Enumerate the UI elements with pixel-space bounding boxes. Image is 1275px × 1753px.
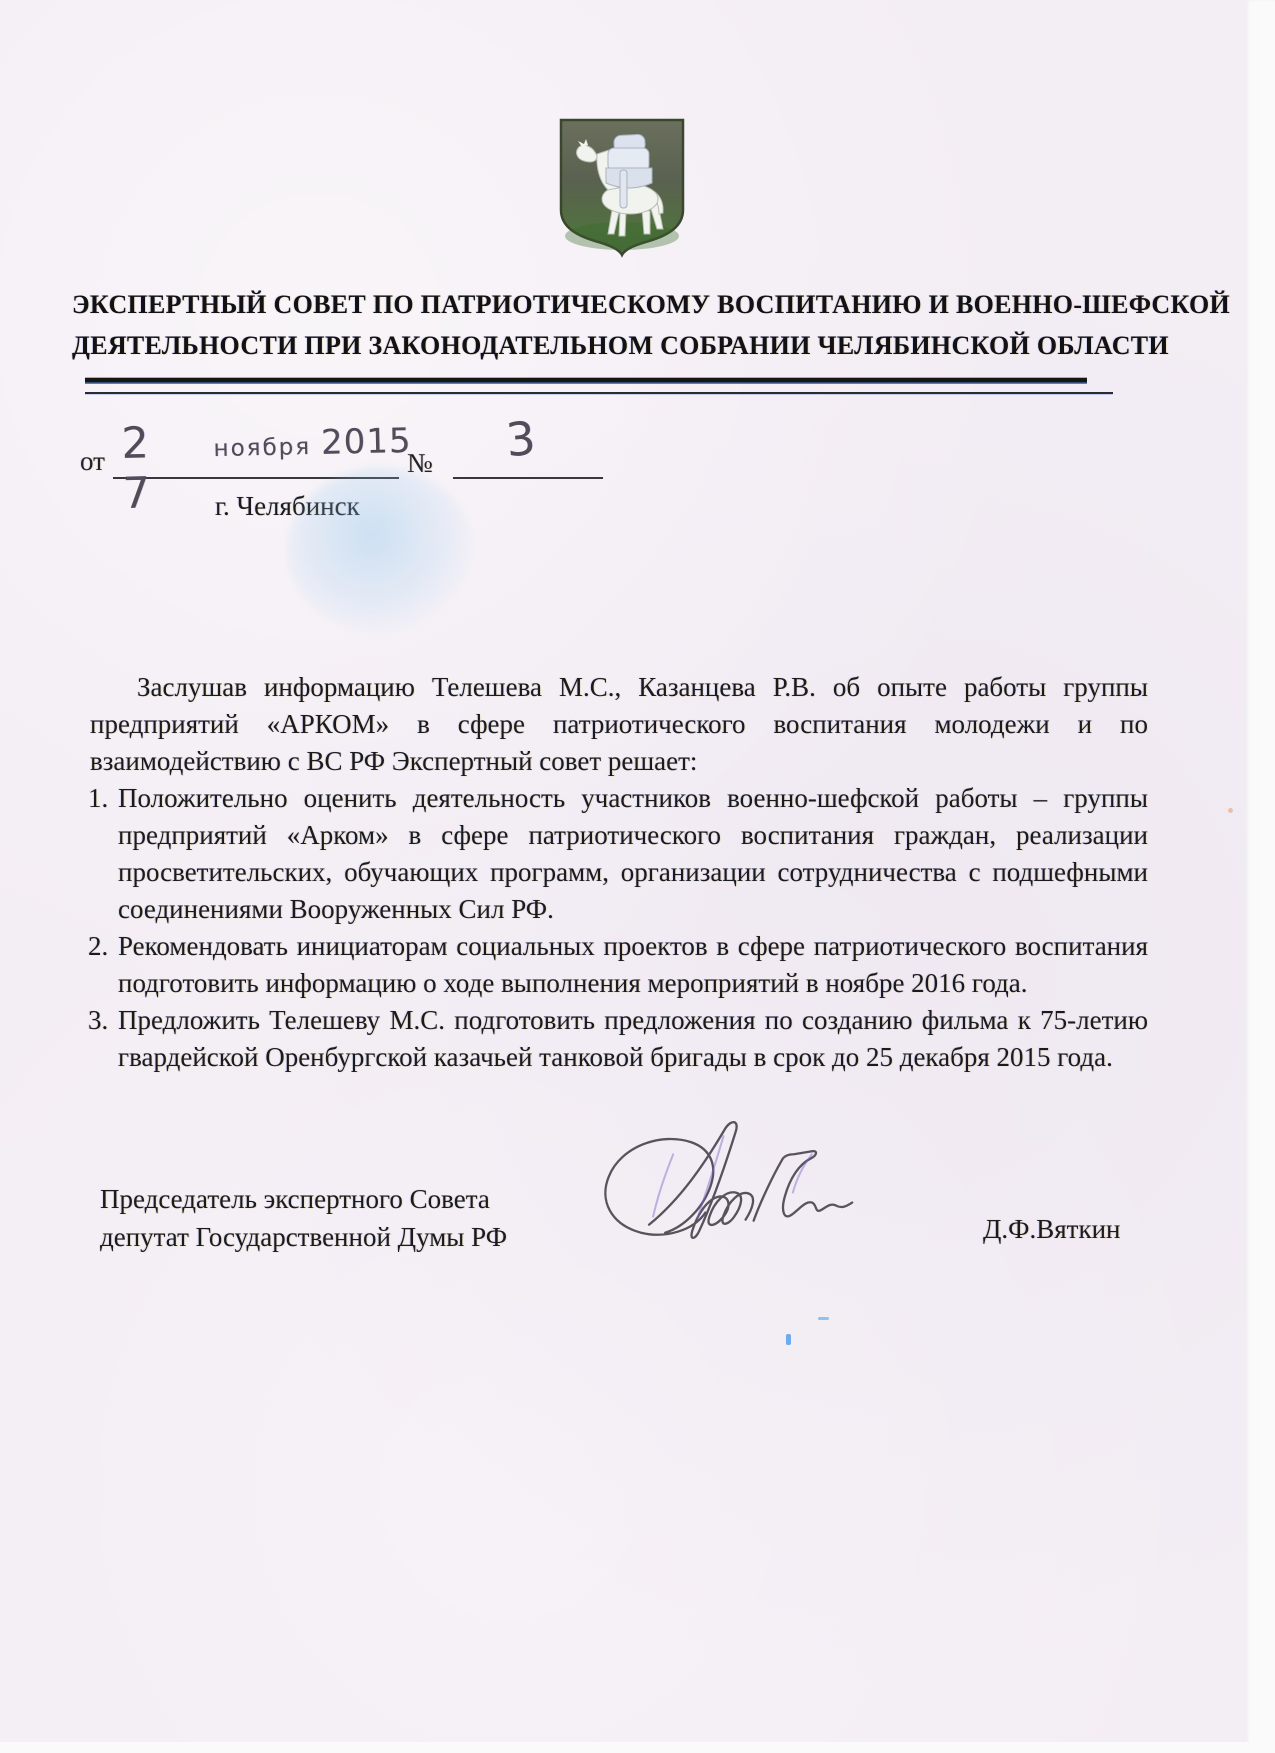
resolution-list: 1. Положительно оценить деятельность уча… (90, 780, 1148, 1076)
org-header-line1: ЭКСПЕРТНЫЙ СОВЕТ ПО ПАТРИОТИЧЕСКОМУ ВОСП… (72, 284, 1148, 325)
signatory-role: Председатель экспертного Совета депутат … (100, 1180, 507, 1256)
scan-edge-right (1246, 0, 1275, 1753)
blue-speck-small (818, 1317, 829, 1320)
signatory-role-line2: депутат Государственной Думы РФ (100, 1218, 507, 1256)
blue-speck (786, 1334, 791, 1345)
org-header: ЭКСПЕРТНЫЙ СОВЕТ ПО ПАТРИОТИЧЕСКОМУ ВОСП… (72, 284, 1148, 366)
handwritten-month: ноября (213, 434, 311, 462)
header-rule-thin (85, 392, 1113, 394)
list-item: 3. Предложить Телешеву М.С. подготовить … (90, 1002, 1148, 1076)
number-underline (453, 477, 603, 479)
header-rule-thick (85, 377, 1087, 384)
from-label: от (80, 446, 105, 477)
handwritten-number: 3 (504, 411, 538, 467)
list-item-number: 3. (88, 1002, 108, 1039)
list-item-text: Положительно оценить деятельность участн… (118, 780, 1148, 928)
orange-speck (1228, 808, 1233, 813)
list-item-number: 1. (88, 780, 108, 817)
org-header-line2: ДЕЯТЕЛЬНОСТИ ПРИ ЗАКОНОДАТЕЛЬНОМ СОБРАНИ… (72, 325, 1148, 366)
scan-edge-bottom (0, 1742, 1275, 1753)
handwritten-year: 2015 (321, 421, 412, 463)
signatory-name: Д.Ф.Вяткин (983, 1214, 1121, 1245)
list-item-text: Предложить Телешеву М.С. подготовить пре… (118, 1002, 1148, 1076)
signatory-role-line1: Председатель экспертного Совета (100, 1180, 507, 1218)
list-item-text: Рекомендовать инициаторам социальных про… (118, 928, 1148, 1002)
blue-ink-smudge (288, 468, 473, 633)
handwritten-signature (552, 1102, 900, 1288)
chelyabinsk-coat-of-arms-icon (556, 114, 688, 258)
intro-paragraph: Заслушав информацию Телешева М.С., Казан… (90, 669, 1148, 780)
list-item: 2. Рекомендовать инициаторам социальных … (90, 928, 1148, 1002)
scanned-letter-page: ЭКСПЕРТНЫЙ СОВЕТ ПО ПАТРИОТИЧЕСКОМУ ВОСП… (0, 0, 1275, 1753)
handwritten-day: 2 7 (121, 417, 205, 519)
list-item: 1. Положительно оценить деятельность уча… (90, 780, 1148, 928)
list-item-number: 2. (88, 928, 108, 965)
